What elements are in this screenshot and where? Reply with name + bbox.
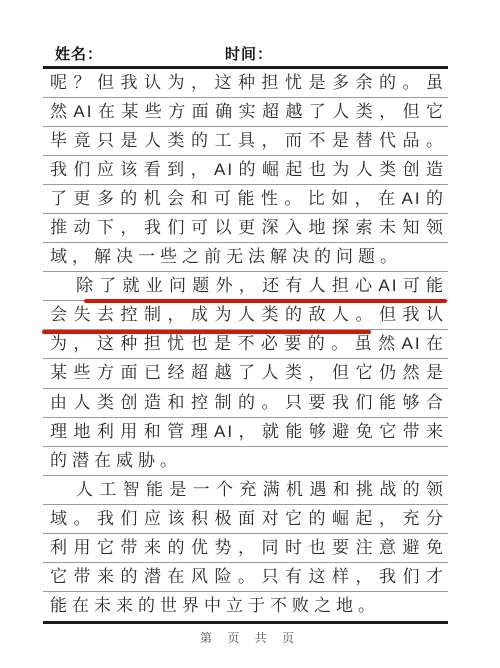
text-line: 为，这种担忧也是不必要的。虽然AI在 [43, 330, 448, 359]
text-line: 域。我们应该积极面对它的崛起，充分 [43, 505, 448, 534]
text-line: 域，解决一些之前无法解决的问题。 [43, 243, 448, 272]
text-line-underlined: 会失去控制，成为人类的敌人。但我认 [43, 301, 448, 330]
text-line-underlined: 除了就业问题外，还有人担心AI可能 [43, 272, 448, 301]
text-line: 人工智能是一个充满机遇和挑战的领 [43, 476, 448, 505]
red-marker-underline [84, 299, 447, 303]
text-line: 某些方面已经超越了人类，但它仍然是 [43, 359, 448, 388]
time-label: 时间： [225, 43, 273, 64]
page-number-label: 第 页 共 页 [200, 631, 300, 645]
red-marker-underline [42, 330, 371, 334]
text-line: 毕竟只是人类的工具，而不是替代品。 [43, 127, 448, 156]
text-line: 理地利用和管理AI，就能够避免它带来 [43, 418, 448, 447]
text-line: 由人类创造和控制的。只要我们能够合 [43, 389, 448, 418]
text-line: 然AI在某些方面确实超越了人类，但它 [43, 98, 448, 127]
text-line: 利用它带来的优势，同时也要注意避免 [43, 534, 448, 563]
name-label: 姓名： [55, 43, 103, 64]
text-line: 它带来的潜在风险。只有这样，我们才 [43, 563, 448, 592]
text-line: 能在未来的世界中立于不败之地。 [43, 592, 448, 621]
text-line: 呢？但我认为，这种担忧是多余的。虽 [43, 69, 448, 98]
text-line: 的潜在威胁。 [43, 447, 448, 476]
text-line: 我们应该看到，AI的崛起也为人类创造 [43, 156, 448, 185]
text-line: 推动下，我们可以更深入地探索未知领 [43, 214, 448, 243]
page-footer: 第 页 共 页 [0, 629, 500, 646]
ruled-paper: 呢？但我认为，这种担忧是多余的。虽 然AI在某些方面确实超越了人类，但它 毕竟只… [43, 66, 448, 624]
text-line: 了更多的机会和可能性。比如，在AI的 [43, 185, 448, 214]
